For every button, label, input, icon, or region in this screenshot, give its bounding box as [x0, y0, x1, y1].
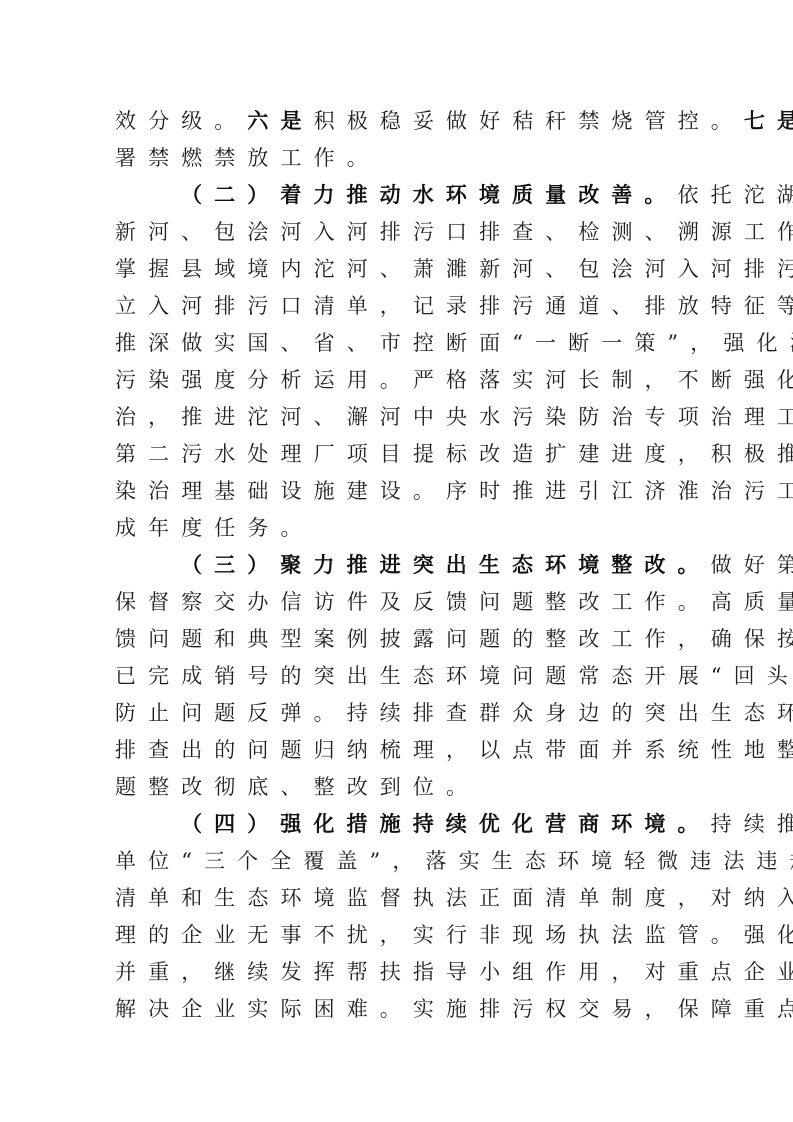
bold-label-six: 六是 [247, 109, 313, 133]
section-heading-2: （二）着力推动水环境质量改善。 [181, 183, 678, 207]
paragraph-line: 清单和生态环境监督执法正面清单制度，对纳入正面清单管 [115, 880, 681, 917]
paragraph-line: 已完成销号的突出生态环境问题常态开展“回头看”，坚决 [115, 658, 681, 695]
paragraph-line: 排查出的问题归纳梳理，以点带面并系统性地整改，确保问 [115, 732, 681, 769]
paragraph-line: 理的企业无事不扰，实行非现场执法监管。强化执法与帮扶 [115, 917, 681, 954]
section-heading-3: （三）聚力推进突出生态环境整改。 [181, 553, 711, 577]
paragraph-line: 防止问题反弹。持续排查群众身边的突出生态环境问题，对 [115, 695, 681, 732]
section-heading-line: （三）聚力推进突出生态环境整改。做好第三轮中央环 [115, 547, 681, 584]
paragraph-line: 效分级。六是积极稳妥做好秸秆禁烧管控。七是提前谋划部 [115, 103, 681, 140]
section-heading-line: （四）强化措施持续优化营商环境。持续推进重点排污 [115, 806, 681, 843]
paragraph-line: 污染强度分析运用。严格落实河长制，不断强化河道综合整 [115, 362, 681, 399]
paragraph-line: 并重，继续发挥帮扶指导小组作用，对重点企业把脉问诊， [115, 954, 681, 991]
paragraph-line: 治，推进沱河、澥河中央水污染防治专项治理工程。加快县 [115, 399, 681, 436]
paragraph-line: 掌握县域境内沱河、萧濉新河、包浍河入河排污口底数，建 [115, 251, 681, 288]
paragraph-line: 第二污水处理厂项目提标改造扩建进度，积极推动农村水污 [115, 436, 681, 473]
text-segment: 做好第三轮中央环 [711, 553, 793, 577]
paragraph-line: 馈问题和典型案例披露问题的整改工作，确保按期销号。对 [115, 621, 681, 658]
bold-label-seven: 七是 [744, 109, 793, 133]
paragraph-line: 署禁燃禁放工作。 [115, 140, 681, 177]
paragraph-line: 保督察交办信访件及反馈问题整改工作。高质量完成央督反 [115, 584, 681, 621]
paragraph-line: 推深做实国、省、市控断面“一断一策”，强化汛期、旱季 [115, 325, 681, 362]
paragraph-line: 立入河排污口清单，记录排污通道、排放特征等基础信息。 [115, 288, 681, 325]
text-segment: 依托沱湖流域和萧濉 [678, 183, 793, 207]
document-page: 效分级。六是积极稳妥做好秸秆禁烧管控。七是提前谋划部 署禁燃禁放工作。 （二）着… [115, 103, 681, 1028]
paragraph-line: 新河、包浍河入河排污口排查、检测、溯源工作成果，全面 [115, 214, 681, 251]
paragraph-line: 染治理基础设施建设。序时推进引江济淮治污工程，确保完 [115, 473, 681, 510]
text-segment: 效分级。 [115, 109, 247, 133]
text-segment: 积极稳妥做好秸秆禁烧管控。 [314, 109, 744, 133]
section-heading-4: （四）强化措施持续优化营商环境。 [181, 812, 711, 836]
paragraph-line: 题整改彻底、整改到位。 [115, 769, 681, 806]
section-heading-line: （二）着力推动水环境质量改善。依托沱湖流域和萧濉 [115, 177, 681, 214]
paragraph-line: 单位“三个全覆盖”，落实生态环境轻微违法违规行为免罚 [115, 843, 681, 880]
text-segment: 持续推进重点排污 [711, 812, 793, 836]
paragraph-line: 成年度任务。 [115, 510, 681, 547]
paragraph-line: 解决企业实际困难。实施排污权交易，保障重点项目尽快落 [115, 991, 681, 1028]
